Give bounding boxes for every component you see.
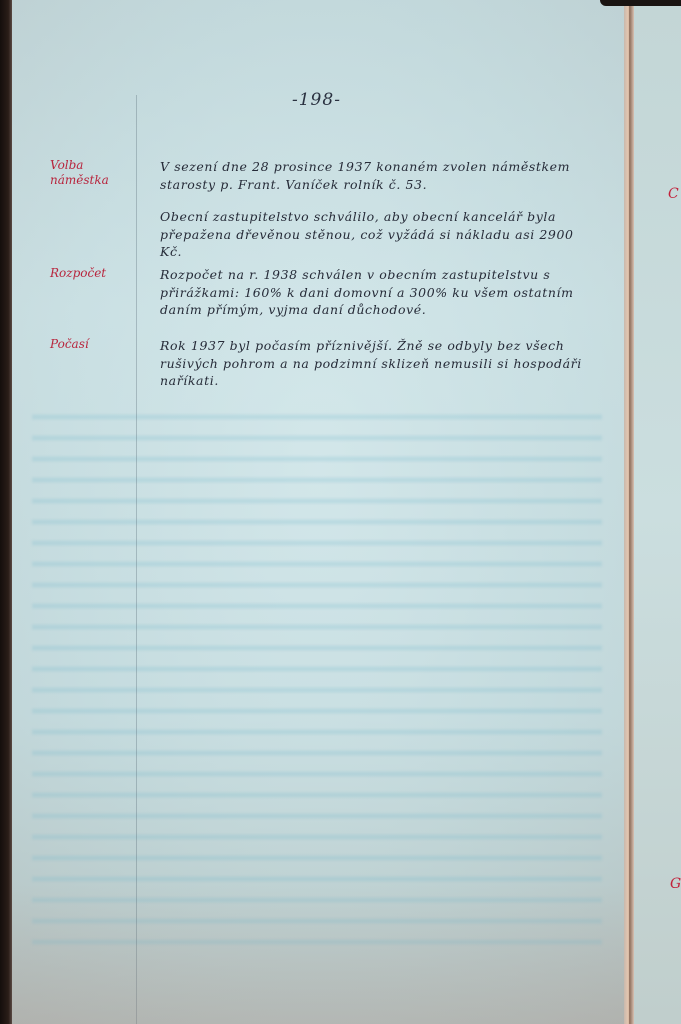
facing-page-red-mark: C [668,186,679,202]
entry-paragraph: V sezení dne 28 prosince 1937 konaném zv… [160,158,600,193]
entry-paragraph: Obecní zastupitelstvo schválilo, aby obe… [160,208,600,261]
margin-label-deputy-election: Volba náměstka [50,158,142,188]
margin-rule [136,95,137,1024]
facing-page-edge: C G [634,0,681,1024]
margin-label-weather: Počasí [50,337,142,352]
page-number: -198- [292,90,341,110]
entry-paragraph: Rok 1937 byl počasím příznivější. Žně se… [160,337,600,390]
entry-text-weather: Rok 1937 byl počasím příznivější. Žně se… [160,337,600,390]
ink-bleed-through [32,400,602,960]
entry-paragraph: Rozpočet na r. 1938 schválen v obecním z… [160,266,600,319]
binding-shadow [600,0,681,6]
book-gutter [624,0,634,1024]
entry-text-office-partition: Obecní zastupitelstvo schválilo, aby obe… [160,208,600,261]
entry-text-budget: Rozpočet na r. 1938 schválen v obecním z… [160,266,600,319]
entry-text-deputy-election: V sezení dne 28 prosince 1937 konaném zv… [160,158,600,193]
chronicle-page: -198- Volba náměstka V sezení dne 28 pro… [12,0,624,1024]
book-binding-left [0,0,12,1024]
margin-label-budget: Rozpočet [50,266,142,281]
facing-page-red-mark: G [670,876,681,892]
